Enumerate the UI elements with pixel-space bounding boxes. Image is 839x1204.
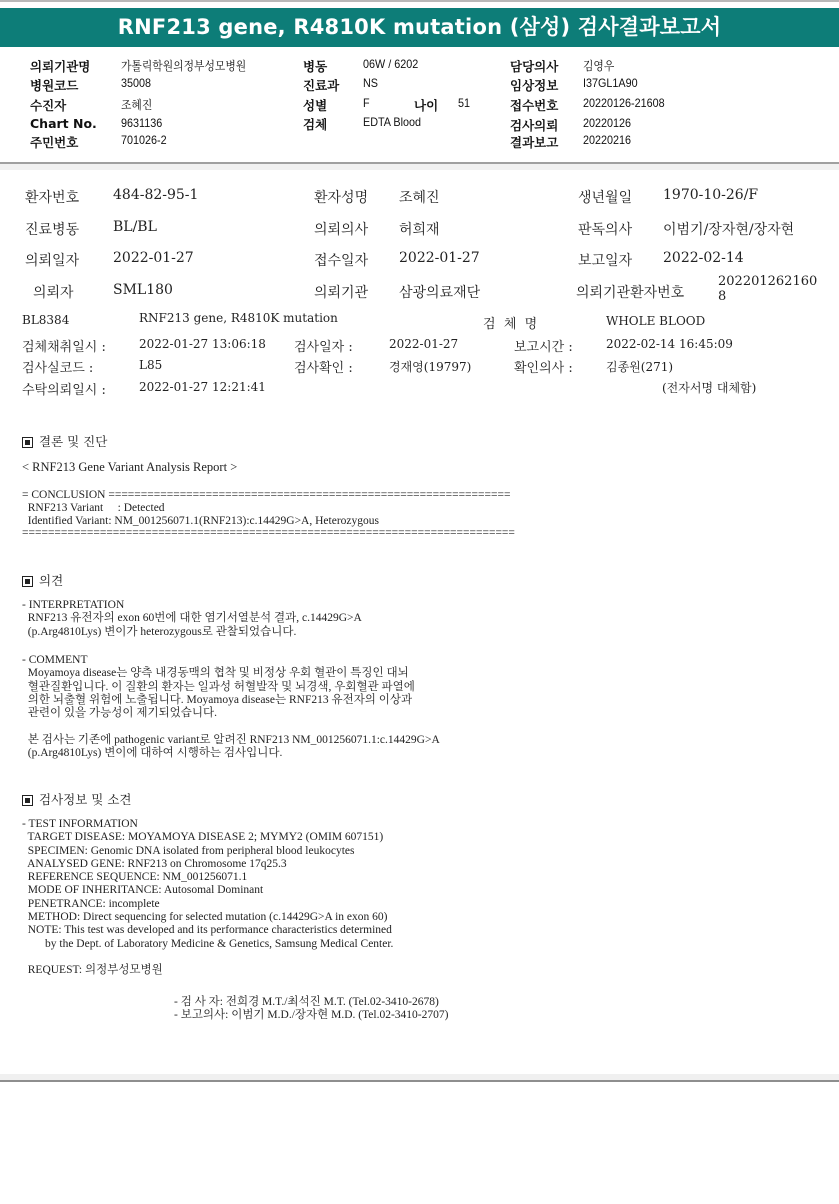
- value-resident-no: 701026-2: [121, 133, 167, 147]
- value-referring-institution: 가톨릭학원의정부성모병원: [121, 57, 246, 74]
- label-lab-code: 검사실코드 :: [22, 357, 93, 376]
- conclusion-block: = CONCLUSION ===========================…: [22, 489, 515, 540]
- section-conclusion-label: 결론 및 진단: [39, 434, 107, 449]
- value-chart-no: 9631136: [121, 116, 162, 130]
- value-hospital-code: 35008: [121, 76, 151, 90]
- signers-block: - 검 사 자: 전희경 M.T./최석진 M.T. (Tel.02-3410-…: [174, 996, 448, 1023]
- label-birthdate: 생년월일: [578, 187, 632, 207]
- section-opinion-label: 의견: [39, 573, 63, 588]
- label-confirm-doctor: 확인의사 :: [514, 357, 573, 376]
- value-requester: SML180: [113, 282, 173, 298]
- value-test-date: 2022-01-27: [389, 337, 458, 351]
- label-patient: 수진자: [30, 96, 66, 114]
- report-title: RNF213 gene, R4810K mutation (삼성) 검사결과보고…: [0, 8, 839, 47]
- value-specimen: EDTA Blood: [363, 115, 421, 129]
- value-referring-org: 삼광의료재단: [399, 282, 480, 302]
- label-referring-doctor: 의뢰의사: [314, 219, 368, 239]
- label-report-time: 보고시간 :: [514, 336, 573, 355]
- value-patient: 조혜진: [121, 96, 152, 113]
- label-age: 나이: [414, 96, 438, 114]
- label-requester: 의뢰자: [33, 282, 74, 302]
- value-department: NS: [363, 76, 378, 90]
- divider-shade: [0, 164, 839, 170]
- label-ward-dept: 진료병동: [25, 219, 79, 239]
- square-bullet-icon: [22, 437, 33, 448]
- test-information-block: - TEST INFORMATION TARGET DISEASE: MOYAM…: [22, 818, 393, 978]
- value-report-date: 2022-02-14: [663, 250, 744, 266]
- label-request-time: 수탁의뢰일시 :: [22, 379, 106, 398]
- label-attending-doctor: 담당의사: [510, 57, 558, 75]
- label-result-report: 결과보고: [510, 133, 558, 151]
- section-info-title: 검사정보 및 소견: [22, 790, 131, 808]
- value-request-date: 2022-01-27: [113, 250, 194, 266]
- comment-block: - COMMENT Moyamoya disease는 양측 내경동맥의 협착 …: [22, 654, 440, 760]
- value-result-report: 20220216: [583, 133, 631, 147]
- label-specimen: 검체: [303, 115, 327, 133]
- value-sex: F: [363, 96, 370, 110]
- value-birthdate: 1970-10-26/F: [663, 187, 758, 203]
- value-receipt-no: 20220126-21608: [583, 96, 665, 110]
- top-border: [0, 0, 839, 2]
- section-conclusion-title: 결론 및 진단: [22, 432, 107, 450]
- label-request-date: 의뢰일자: [25, 250, 79, 270]
- label-report-date: 보고일자: [578, 250, 632, 270]
- value-test-confirm: 경재영(19797): [389, 358, 471, 375]
- value-report-time: 2022-02-14 16:45:09: [606, 337, 733, 351]
- value-patient-no: 484-82-95-1: [113, 187, 198, 203]
- label-referring-org: 의뢰기관: [314, 282, 368, 302]
- label-test-confirm: 검사확인 :: [294, 357, 353, 376]
- square-bullet-icon: [22, 795, 33, 806]
- conclusion-report-title: < RNF213 Gene Variant Analysis Report >: [22, 461, 237, 474]
- label-receipt-date: 접수일자: [314, 250, 368, 270]
- value-clinical-info: I37GL1A90: [583, 76, 638, 90]
- label-collection-time: 검체채취일시 :: [22, 336, 106, 355]
- label-patient-no: 환자번호: [25, 187, 79, 207]
- value-age: 51: [458, 96, 470, 110]
- interpretation-block: - INTERPRETATION RNF213 유전자의 exon 60번에 대…: [22, 599, 362, 639]
- label-reading-doctor: 판독의사: [578, 219, 632, 239]
- test-name: RNF213 gene, R4810K mutation: [139, 311, 338, 325]
- section-info-label: 검사정보 및 소견: [39, 792, 131, 807]
- section-opinion-title: 의견: [22, 571, 63, 589]
- value-referring-org-patient-no-cont: 8: [718, 289, 726, 304]
- footer-divider: [0, 1080, 839, 1082]
- value-referring-org-patient-no: 202201262160: [718, 274, 817, 289]
- value-attending-doctor: 김영우: [583, 57, 614, 74]
- label-patient-name: 환자성명: [314, 187, 368, 207]
- label-resident-no: 주민번호: [30, 133, 78, 151]
- label-test-request: 검사의뢰: [510, 116, 558, 134]
- label-chart-no: Chart No.: [30, 116, 97, 131]
- label-sex: 성별: [303, 96, 327, 114]
- test-code: BL8384: [22, 313, 69, 327]
- label-referring-institution: 의뢰기관명: [30, 57, 90, 75]
- value-specimen-name: WHOLE BLOOD: [606, 314, 705, 328]
- label-clinical-info: 임상정보: [510, 76, 558, 94]
- value-receipt-date: 2022-01-27: [399, 250, 480, 266]
- label-referring-org-patient-no: 의뢰기관환자번호: [576, 282, 684, 302]
- label-test-date: 검사일자 :: [294, 336, 353, 355]
- label-specimen-name: 검 체 명: [483, 313, 537, 332]
- value-lab-code: L85: [139, 358, 162, 372]
- value-test-request: 20220126: [583, 116, 631, 130]
- value-reading-doctor: 이범기/장자현/장자현: [663, 219, 794, 239]
- label-receipt-no: 접수번호: [510, 96, 558, 114]
- label-hospital-code: 병원코드: [30, 76, 78, 94]
- value-request-time: 2022-01-27 12:21:41: [139, 380, 266, 394]
- value-ward: 06W / 6202: [363, 57, 418, 71]
- value-referring-doctor: 허희재: [399, 219, 440, 239]
- label-department: 진료과: [303, 76, 339, 94]
- value-confirm-doctor: 김종원(271): [606, 358, 673, 375]
- esign-note: (전자서명 대체함): [662, 379, 756, 396]
- value-patient-name: 조혜진: [399, 187, 440, 207]
- value-ward-dept: BL/BL: [113, 219, 157, 235]
- square-bullet-icon: [22, 576, 33, 587]
- label-ward: 병동: [303, 57, 327, 75]
- value-collection-time: 2022-01-27 13:06:18: [139, 337, 266, 351]
